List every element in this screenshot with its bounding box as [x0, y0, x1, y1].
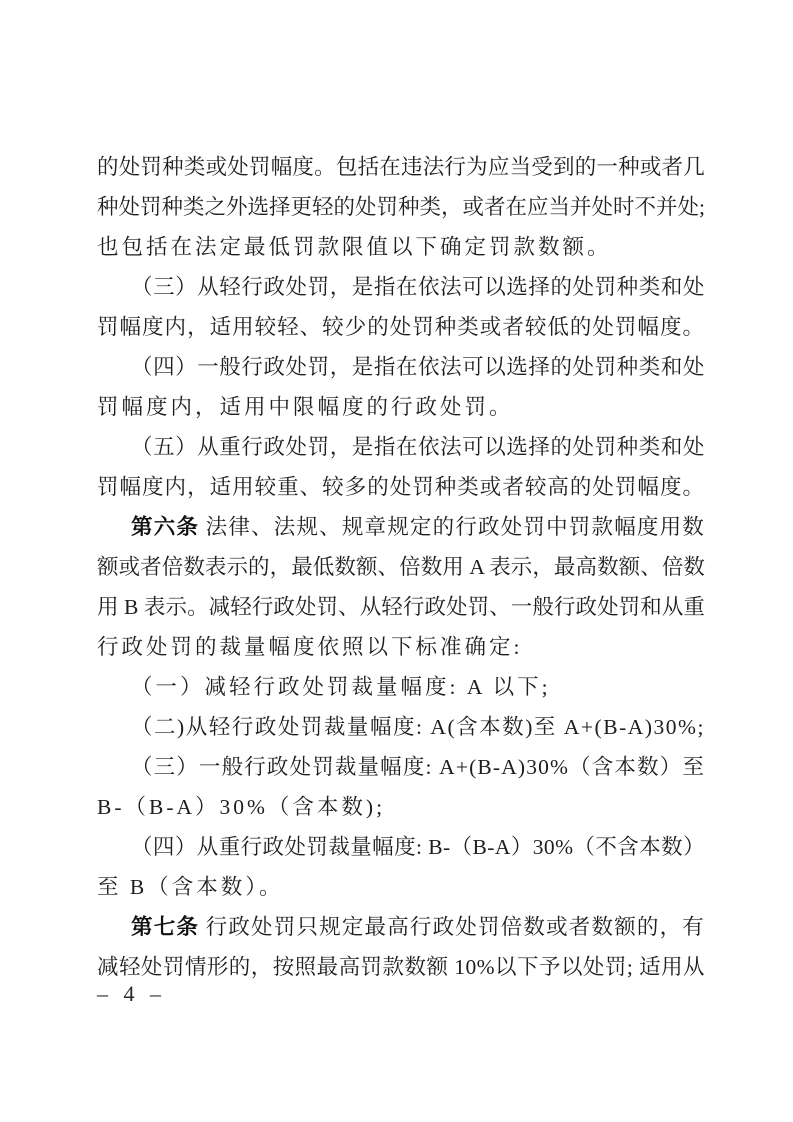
line-text: 罚幅度内，适用较重、较多的处罚种类或者较高的处罚幅度。 [97, 475, 705, 499]
text-line: （五）从重行政处罚，是指在依法可以选择的处罚种类和处 [97, 427, 705, 467]
line-content: （二)从轻行政处罚裁量幅度: A(含本数)至 A+(B-A)30%; [131, 715, 705, 739]
text-line: 罚幅度内，适用较轻、较少的处罚种类或者较低的处罚幅度。 [97, 307, 705, 347]
text-line: 至 B（含本数）。 [97, 867, 705, 907]
text-line: 罚幅度内，适用中限幅度的行政处罚。 [97, 387, 705, 427]
text-line: 第七条 行政处罚只规定最高行政处罚倍数或者数额的，有 [97, 907, 705, 947]
text-line: （四）一般行政处罚，是指在依法可以选择的处罚种类和处 [97, 347, 705, 387]
line-text: 用 B 表示。减轻行政处罚、从轻行政处罚、一般行政处罚和从重 [97, 595, 705, 619]
line-text: （四）一般行政处罚，是指在依法可以选择的处罚种类和处 [131, 355, 705, 379]
line-text: （三）一般行政处罚裁量幅度: A+(B-A)30%（含本数）至 [131, 755, 705, 779]
document-page: 的处罚种类或处罚幅度。包括在违法行为应当受到的一种或者几种处罚种类之外选择更轻的… [0, 0, 793, 1122]
line-content: 罚幅度内，适用中限幅度的行政处罚。 [97, 395, 514, 419]
text-line: （四）从重行政处罚裁量幅度: B-（B-A）30%（不含本数） [97, 827, 705, 867]
line-content: 也包括在法定最低罚款限值以下确定罚款数额。 [97, 235, 612, 259]
text-line: 用 B 表示。减轻行政处罚、从轻行政处罚、一般行政处罚和从重 [97, 587, 705, 627]
document-body: 的处罚种类或处罚幅度。包括在违法行为应当受到的一种或者几种处罚种类之外选择更轻的… [97, 147, 705, 987]
line-text: （四）从重行政处罚裁量幅度: B-（B-A）30%（不含本数） [131, 835, 705, 859]
line-content: 额或者倍数表示的，最低数额、倍数用 A 表示，最高数额、倍数 [97, 555, 705, 579]
line-content: 用 B 表示。减轻行政处罚、从轻行政处罚、一般行政处罚和从重 [97, 595, 705, 619]
page-number: – 4 – [97, 980, 166, 1008]
text-line: （一）减轻行政处罚裁量幅度: A 以下; [97, 667, 705, 707]
text-line: 也包括在法定最低罚款限值以下确定罚款数额。 [97, 227, 705, 267]
line-text: 的处罚种类或处罚幅度。包括在违法行为应当受到的一种或者几 [97, 155, 705, 179]
text-line: 行政处罚的裁量幅度依照以下标准确定: [97, 627, 705, 667]
line-content: （一）减轻行政处罚裁量幅度: A 以下; [131, 675, 551, 699]
text-line: （三）从轻行政处罚，是指在依法可以选择的处罚种类和处 [97, 267, 705, 307]
text-line: （三）一般行政处罚裁量幅度: A+(B-A)30%（含本数）至 [97, 747, 705, 787]
line-content: 第六条 法律、法规、规章规定的行政处罚中罚款幅度用数 [131, 515, 705, 539]
text-line: 罚幅度内，适用较重、较多的处罚种类或者较高的处罚幅度。 [97, 467, 705, 507]
text-line: B-（B-A）30%（含本数); [97, 787, 705, 827]
line-text: 额或者倍数表示的，最低数额、倍数用 A 表示，最高数额、倍数 [97, 555, 705, 579]
text-line: （二)从轻行政处罚裁量幅度: A(含本数)至 A+(B-A)30%; [97, 707, 705, 747]
line-text: （二)从轻行政处罚裁量幅度: A(含本数)至 A+(B-A)30%; [131, 715, 705, 739]
line-content: 罚幅度内，适用较重、较多的处罚种类或者较高的处罚幅度。 [97, 475, 705, 499]
article-number-bold: 第六条 [131, 515, 199, 539]
line-text: B-（B-A）30%（含本数); [97, 795, 385, 819]
line-content: （三）从轻行政处罚，是指在依法可以选择的处罚种类和处 [131, 275, 705, 299]
line-content: （五）从重行政处罚，是指在依法可以选择的处罚种类和处 [131, 435, 705, 459]
line-text: （三）从轻行政处罚，是指在依法可以选择的处罚种类和处 [131, 275, 705, 299]
line-text: 罚幅度内，适用较轻、较少的处罚种类或者较低的处罚幅度。 [97, 315, 705, 339]
line-content: 第七条 行政处罚只规定最高行政处罚倍数或者数额的，有 [131, 915, 705, 939]
line-content: 行政处罚的裁量幅度依照以下标准确定: [97, 635, 522, 659]
article-number-bold: 第七条 [131, 915, 199, 939]
text-line: 的处罚种类或处罚幅度。包括在违法行为应当受到的一种或者几 [97, 147, 705, 187]
line-text: （五）从重行政处罚，是指在依法可以选择的处罚种类和处 [131, 435, 705, 459]
text-line: 种处罚种类之外选择更轻的处罚种类，或者在应当并处时不并处; [97, 187, 705, 227]
line-content: 罚幅度内，适用较轻、较少的处罚种类或者较低的处罚幅度。 [97, 315, 705, 339]
line-text: 法律、法规、规章规定的行政处罚中罚款幅度用数 [199, 515, 705, 539]
line-content: 减轻处罚情形的，按照最高罚款数额 10%以下予以处罚; 适用从 [97, 955, 705, 979]
line-text: 行政处罚的裁量幅度依照以下标准确定: [97, 635, 522, 659]
line-text: （一）减轻行政处罚裁量幅度: A 以下; [131, 675, 551, 699]
line-text: 至 B（含本数）。 [97, 875, 283, 899]
text-line: 额或者倍数表示的，最低数额、倍数用 A 表示，最高数额、倍数 [97, 547, 705, 587]
line-text: 罚幅度内，适用中限幅度的行政处罚。 [97, 395, 514, 419]
line-content: （四）一般行政处罚，是指在依法可以选择的处罚种类和处 [131, 355, 705, 379]
line-content: 的处罚种类或处罚幅度。包括在违法行为应当受到的一种或者几 [97, 155, 705, 179]
line-content: 至 B（含本数）。 [97, 875, 283, 899]
line-content: 种处罚种类之外选择更轻的处罚种类，或者在应当并处时不并处; [97, 195, 705, 219]
line-content: （三）一般行政处罚裁量幅度: A+(B-A)30%（含本数）至 [131, 755, 705, 779]
line-text: 减轻处罚情形的，按照最高罚款数额 10%以下予以处罚; 适用从 [97, 955, 705, 979]
line-content: （四）从重行政处罚裁量幅度: B-（B-A）30%（不含本数） [131, 835, 705, 859]
line-text: 行政处罚只规定最高行政处罚倍数或者数额的，有 [199, 915, 705, 939]
line-content: B-（B-A）30%（含本数); [97, 795, 385, 819]
line-text: 种处罚种类之外选择更轻的处罚种类，或者在应当并处时不并处; [97, 195, 705, 219]
line-text: 也包括在法定最低罚款限值以下确定罚款数额。 [97, 235, 612, 259]
text-line: 第六条 法律、法规、规章规定的行政处罚中罚款幅度用数 [97, 507, 705, 547]
text-line: 减轻处罚情形的，按照最高罚款数额 10%以下予以处罚; 适用从 [97, 947, 705, 987]
